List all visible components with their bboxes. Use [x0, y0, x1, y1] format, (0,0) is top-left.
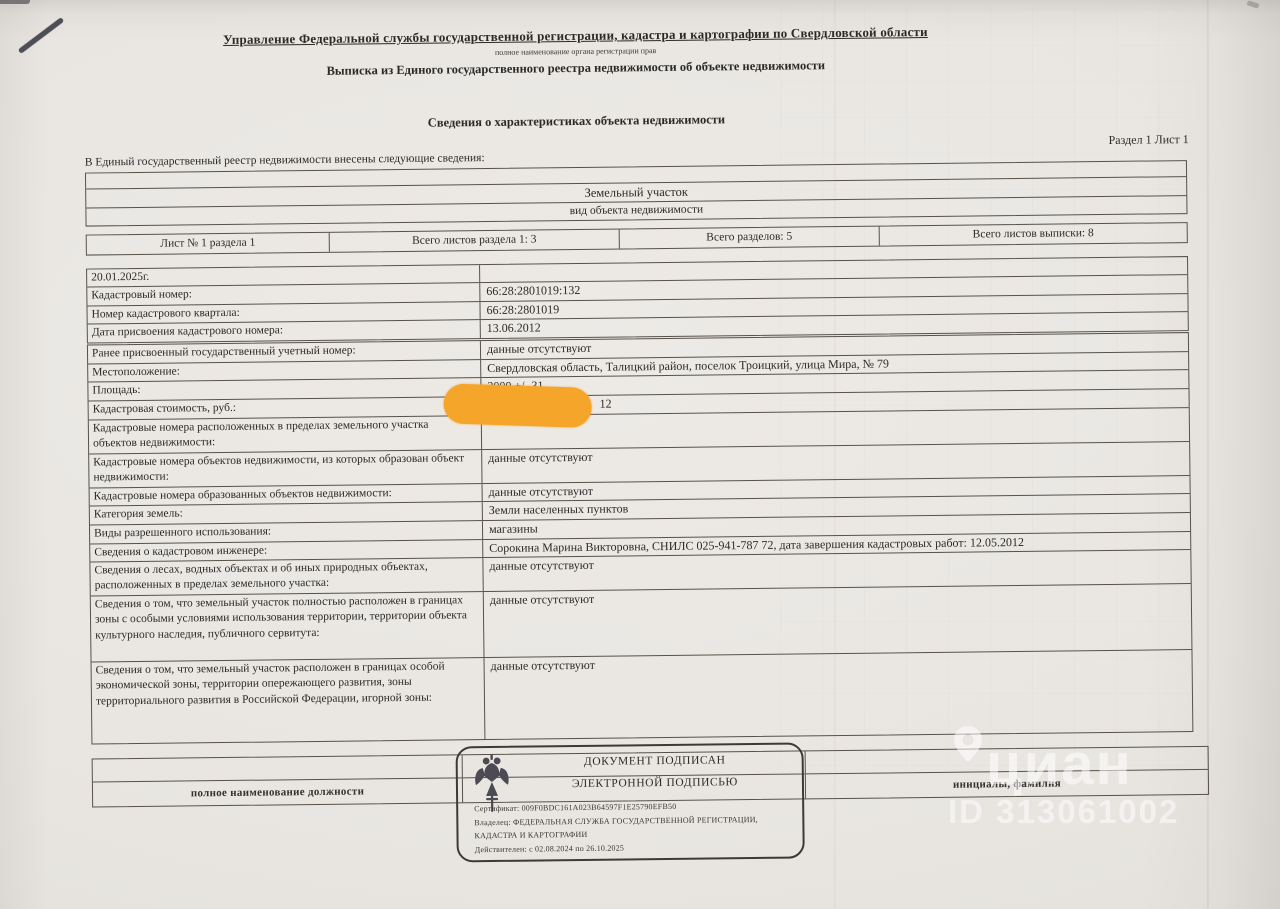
document-photo: Управление Федеральной службы государств…	[0, 0, 1280, 909]
initials-caption: инициалы, фамилия	[806, 769, 1208, 799]
row-label: Сведения о лесах, водных объектах и об и…	[90, 558, 482, 595]
section-sheets-cell: Всего листов раздела 1: 3	[329, 230, 619, 252]
section-title: Сведения о характеристиках объекта недви…	[26, 108, 1126, 135]
redaction-marker	[443, 383, 592, 428]
section-page-label: Раздел 1 Лист 1	[1077, 132, 1189, 148]
row-label: Сведения о том, что земельный участок ра…	[92, 658, 485, 743]
extract-sheets-cell: Всего листов выписки: 8	[879, 223, 1187, 245]
sections-total-cell: Всего разделов: 5	[619, 227, 879, 249]
attributes-table-top: 20.01.2025г. Кадастровый номер: 66:28:28…	[86, 256, 1189, 343]
stamp-line-1: ДОКУМЕНТ ПОДПИСАН	[520, 754, 790, 769]
row-label: Кадастровые номера расположенных в преде…	[89, 416, 481, 453]
document-sheet: Управление Федеральной службы государств…	[0, 0, 1280, 909]
attributes-table-main: Ранее присвоенный государственный учетны…	[87, 332, 1193, 745]
row-label: Дата присвоения кадастрового номера:	[88, 320, 480, 342]
intro-line: В Единый государственный реестр недвижим…	[85, 152, 485, 169]
redacted-value-tail: 12	[600, 396, 612, 412]
signature-left-cell: полное наименование должности	[93, 755, 463, 806]
sheet-counters-row: Лист № 1 раздела 1 Всего листов раздела …	[86, 222, 1188, 256]
document-header: Управление Федеральной службы государств…	[25, 0, 1125, 7]
table-row: Сведения о том, что земельный участок ра…	[92, 649, 1193, 743]
table-row: Сведения о том, что земельный участок по…	[91, 583, 1192, 661]
row-value: данные отсутствуют	[483, 584, 1192, 657]
signature-right-cell: инициалы, фамилия	[805, 747, 1209, 799]
photo-edge-artifact	[0, 0, 30, 4]
row-label: Сведения о том, что земельный участок по…	[91, 592, 484, 661]
stamp-owner: Владелец: ФЕДЕРАЛЬНАЯ СЛУЖБА ГОСУДАРСТВЕ…	[474, 812, 790, 843]
row-value: данные отсутствуют	[484, 650, 1193, 739]
digital-signature-stamp: ДОКУМЕНТ ПОДПИСАН ЭЛЕКТРОННОЙ ПОДПИСЬЮ С…	[456, 742, 805, 862]
object-type-box: Земельный участок вид объекта недвижимос…	[85, 160, 1188, 226]
stamp-details: Сертификат: 009F0BDC161A023B64597F1E2579…	[474, 799, 791, 857]
row-label: Кадастровые номера объектов недвижимости…	[89, 450, 481, 487]
stamp-line-2: ЭЛЕКТРОННОЙ ПОДПИСЬЮ	[520, 776, 790, 791]
stamp-validity: Действителен: с 02.08.2024 по 26.10.2025	[475, 839, 791, 856]
sheet-number-cell: Лист № 1 раздела 1	[87, 233, 329, 255]
position-caption: полное наименование должности	[93, 777, 462, 806]
